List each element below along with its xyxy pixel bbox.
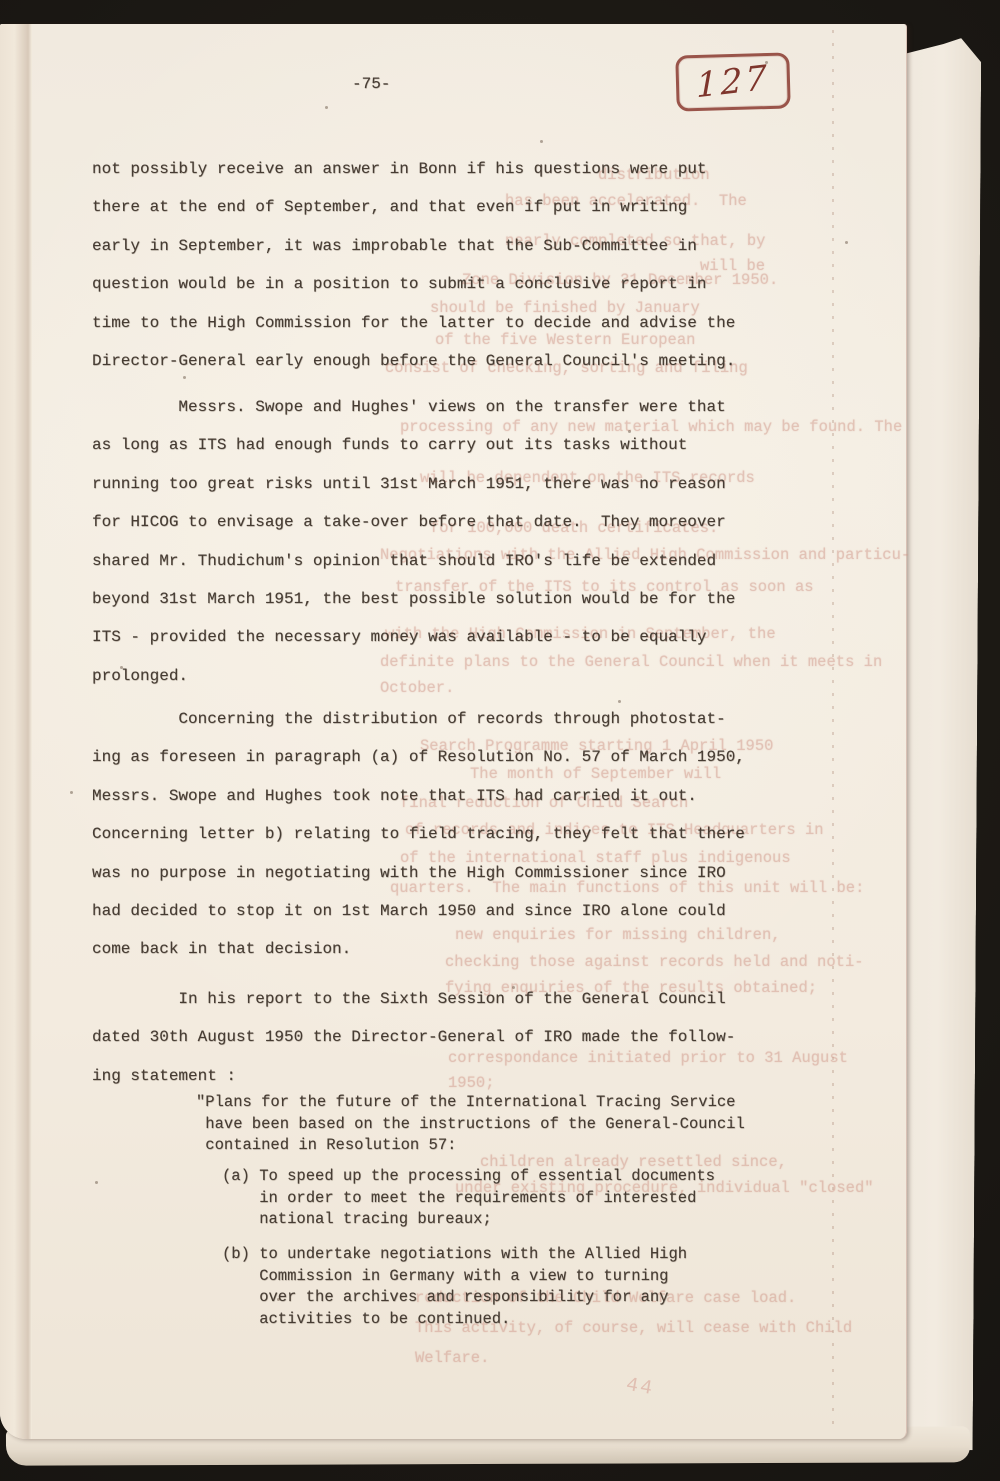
text-line: (b) to undertake negotiations with the A… — [222, 1244, 687, 1266]
text-line: (a) To speed up the processing of essent… — [222, 1166, 715, 1188]
text-line: Director-General early enough before the… — [92, 342, 735, 380]
page-number: -75- — [352, 74, 390, 94]
text-line: have been based on the instructions of t… — [196, 1114, 745, 1136]
text-line: for HICOG to envisage a take-over before… — [92, 503, 735, 541]
scanned-document: distribution has been accelerated. The n… — [0, 0, 1000, 1481]
text-line: In his report to the Sixth Session of th… — [92, 980, 735, 1018]
text-line: running too great risks until 31st March… — [92, 465, 735, 503]
text-line: ITS - provided the necessary money was a… — [92, 618, 735, 656]
text-line: come back in that decision. — [92, 930, 745, 968]
text-line: had decided to stop it on 1st March 1950… — [92, 892, 745, 930]
text-line: Messrs. Swope and Hughes took note that … — [92, 777, 745, 815]
text-line: shared Mr. Thudichum's opinion that shou… — [92, 542, 735, 580]
paragraph-3: Concerning the distribution of records t… — [92, 700, 745, 969]
text-line: Messrs. Swope and Hughes' views on the t… — [92, 388, 735, 426]
paper-speck — [628, 430, 631, 433]
quotation-item-b: (b) to undertake negotiations with the A… — [222, 1244, 687, 1330]
paper-speck — [70, 791, 73, 794]
text-line: Commission in Germany with a view to tur… — [222, 1266, 687, 1288]
paper-speck — [183, 376, 186, 379]
text-line: there at the end of September, and that … — [92, 188, 735, 226]
text-line: early in September, it was improbable th… — [92, 227, 735, 265]
text-line: contained in Resolution 57: — [196, 1135, 745, 1157]
text-line: ing statement : — [92, 1057, 735, 1095]
text-line: Concerning the distribution of records t… — [92, 700, 745, 738]
bleedthrough-line: Welfare. — [415, 1348, 489, 1368]
paper-speck — [120, 666, 123, 669]
quotation-item-a: (a) To speed up the processing of essent… — [222, 1166, 715, 1231]
text-line: in order to meet the requirements of int… — [222, 1188, 715, 1210]
text-line: was no purpose in negotiating with the H… — [92, 854, 745, 892]
quotation-intro: "Plans for the future of the Internation… — [196, 1092, 745, 1157]
paper-speck — [845, 241, 848, 244]
archive-stamp-box: 127 — [675, 52, 791, 111]
text-line: national tracing bureaux; — [222, 1209, 715, 1231]
text-line: dated 30th August 1950 the Director-Gene… — [92, 1018, 735, 1056]
paper-speck — [540, 140, 543, 143]
text-line: "Plans for the future of the Internation… — [196, 1092, 745, 1114]
text-line: over the archives and responsibility for… — [222, 1287, 687, 1309]
archive-stamp-number: 127 — [696, 58, 770, 107]
faint-pencil-mark: 44 — [624, 1374, 656, 1402]
text-line: ing as foreseen in paragraph (a) of Reso… — [92, 738, 745, 776]
document-page: distribution has been accelerated. The n… — [0, 24, 907, 1439]
text-line: activities to be continued. — [222, 1309, 687, 1331]
text-line: prolonged. — [92, 657, 735, 695]
text-line: Concerning letter b) relating to field t… — [92, 815, 745, 853]
paper-speck — [765, 61, 768, 64]
text-line: as long as ITS had enough funds to carry… — [92, 426, 735, 464]
paper-speck — [512, 986, 515, 989]
text-line: not possibly receive an answer in Bonn i… — [92, 150, 735, 188]
text-line: time to the High Commission for the latt… — [92, 304, 735, 342]
paper-speck — [325, 106, 328, 109]
paragraph-1: not possibly receive an answer in Bonn i… — [92, 150, 735, 380]
fold-dotted-line — [832, 30, 834, 1430]
paper-speck — [277, 1298, 280, 1301]
paper-speck — [618, 700, 621, 703]
paper-speck — [95, 1181, 98, 1184]
text-line: beyond 31st March 1951, the best possibl… — [92, 580, 735, 618]
text-line: question would be in a position to submi… — [92, 265, 735, 303]
binding-crease — [0, 24, 32, 1439]
paragraph-2: Messrs. Swope and Hughes' views on the t… — [92, 388, 735, 695]
paragraph-4: In his report to the Sixth Session of th… — [92, 980, 735, 1095]
